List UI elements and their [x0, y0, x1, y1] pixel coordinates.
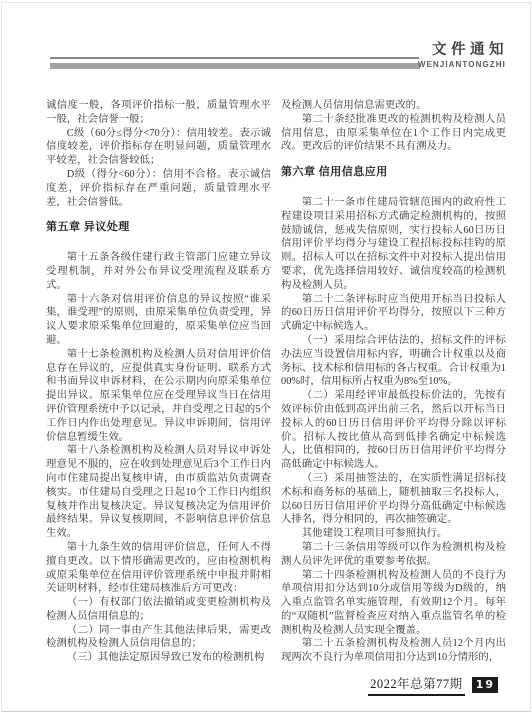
paragraph: 第十七条检测机构及检测人员对信用评价信息存在异议的，应提供真实身份证明、联系方式…	[46, 348, 271, 445]
list-item: （二）同一事由产生其他法律后果，需更改检测机构及检测人员信用信息的；	[46, 624, 271, 652]
paragraph: 第二十二条评标时应当使用开标当日投标人的60日历日信用评价平均得分，按照以下三种…	[281, 293, 506, 334]
paragraph: 第十九条生效的信用评价信息，任何人不得擅自更改。以下情形确需更改的，应由检测机构…	[46, 541, 271, 596]
left-column: 诚信度一般，各项评价指标一般，质量管理水平一般，社会信誉一般； C级（60分≤得…	[46, 99, 271, 665]
list-item: （三）其他法定原因导致已发布的检测机构	[46, 651, 271, 665]
paragraph: C级（60分≤得分<70分）：信用较差。表示诚信度较差，评价指标存在明显问题，质…	[46, 127, 271, 168]
chapter-heading: 第六章 信用信息应用	[281, 166, 506, 180]
paragraph: 第二十一条市住建局管辖范围内的政府性工程建设项目采用招标方式确定检测机构的，按照…	[281, 196, 506, 293]
document-page: 文件通知 WENJIANTONGZHI 诚信度一般，各项评价指标一般，质量管理水…	[1, 2, 531, 712]
list-item: （二）采用经评审最低投标价法的，先按有效评标价由低到高评出前三名，然后以开标当日…	[281, 389, 506, 472]
chapter-heading: 第五章 异议处理	[46, 221, 271, 235]
paragraph: 第二十四条检测机构及检测人员的不良行为单项信用扣分达到10分或信用等级为D级的，…	[281, 569, 506, 638]
page-title-pinyin: WENJIANTONGZHI	[418, 60, 506, 69]
list-item: （三）采用抽签法的，在实质性满足招标技术标和商务标的基础上，随机抽取三名投标人，…	[281, 472, 506, 527]
paragraph: D级（得分<60分）：信用不合格。表示诚信度差，评价指标存在严重问题，质量管理水…	[46, 168, 271, 209]
paragraph: 第十五条各级住建行政主管部门应建立异议受理机制，并对外公布异议受理流程及联系方式…	[46, 251, 271, 292]
page-footer: 2022年总第77期 19	[368, 674, 498, 696]
two-column-text-area: 诚信度一般，各项评价指标一般，质量管理水平一般，社会信誉一般； C级（60分≤得…	[46, 99, 506, 665]
paragraph: 第十六条对信用评价信息的异议按照“谁采集，谁受理”的原则，由原采集单位负责受理，…	[46, 293, 271, 348]
right-column: 及检测人员信用信息需更改的。 第二十条经批准更改的检测机构及检测人员信用信息，由…	[281, 99, 506, 665]
paragraph: 及检测人员信用信息需更改的。	[281, 99, 506, 113]
paragraph: 其他建设工程项目可参照执行。	[281, 527, 506, 541]
paragraph: 第二十条经批准更改的检测机构及检测人员信用信息，由原采集单位在1个工作日内完成更…	[281, 113, 506, 154]
paragraph: 诚信度一般，各项评价指标一般，质量管理水平一般，社会信誉一般；	[46, 99, 271, 127]
paragraph: 第二十五条检测机构及检测人员12个月内出现两次不良行为单项信用扣分达到10分情形…	[281, 637, 506, 665]
header-rule-line	[50, 57, 419, 59]
paragraph: 第十八条检测机构及检测人员对异议申诉处理意见不服的，应在收到处理意见后3个工作日…	[46, 444, 271, 541]
issue-label: 2022年总第77期	[368, 674, 465, 696]
page-number: 19	[472, 677, 498, 693]
page-title: 文件通知	[432, 38, 508, 59]
header-gray-bar	[50, 63, 420, 69]
list-item: （一）采用综合评估法的，招标文件的评标办法应当设置信用标内容，明确合计权重以及商…	[281, 334, 506, 389]
paragraph: 第二十三条信用等级可以作为检测机构及检测人员评先评优的重要参考依据。	[281, 541, 506, 569]
list-item: （一）有权部门依法撤销或变更检测机构及检测人员信用信息的；	[46, 596, 271, 624]
